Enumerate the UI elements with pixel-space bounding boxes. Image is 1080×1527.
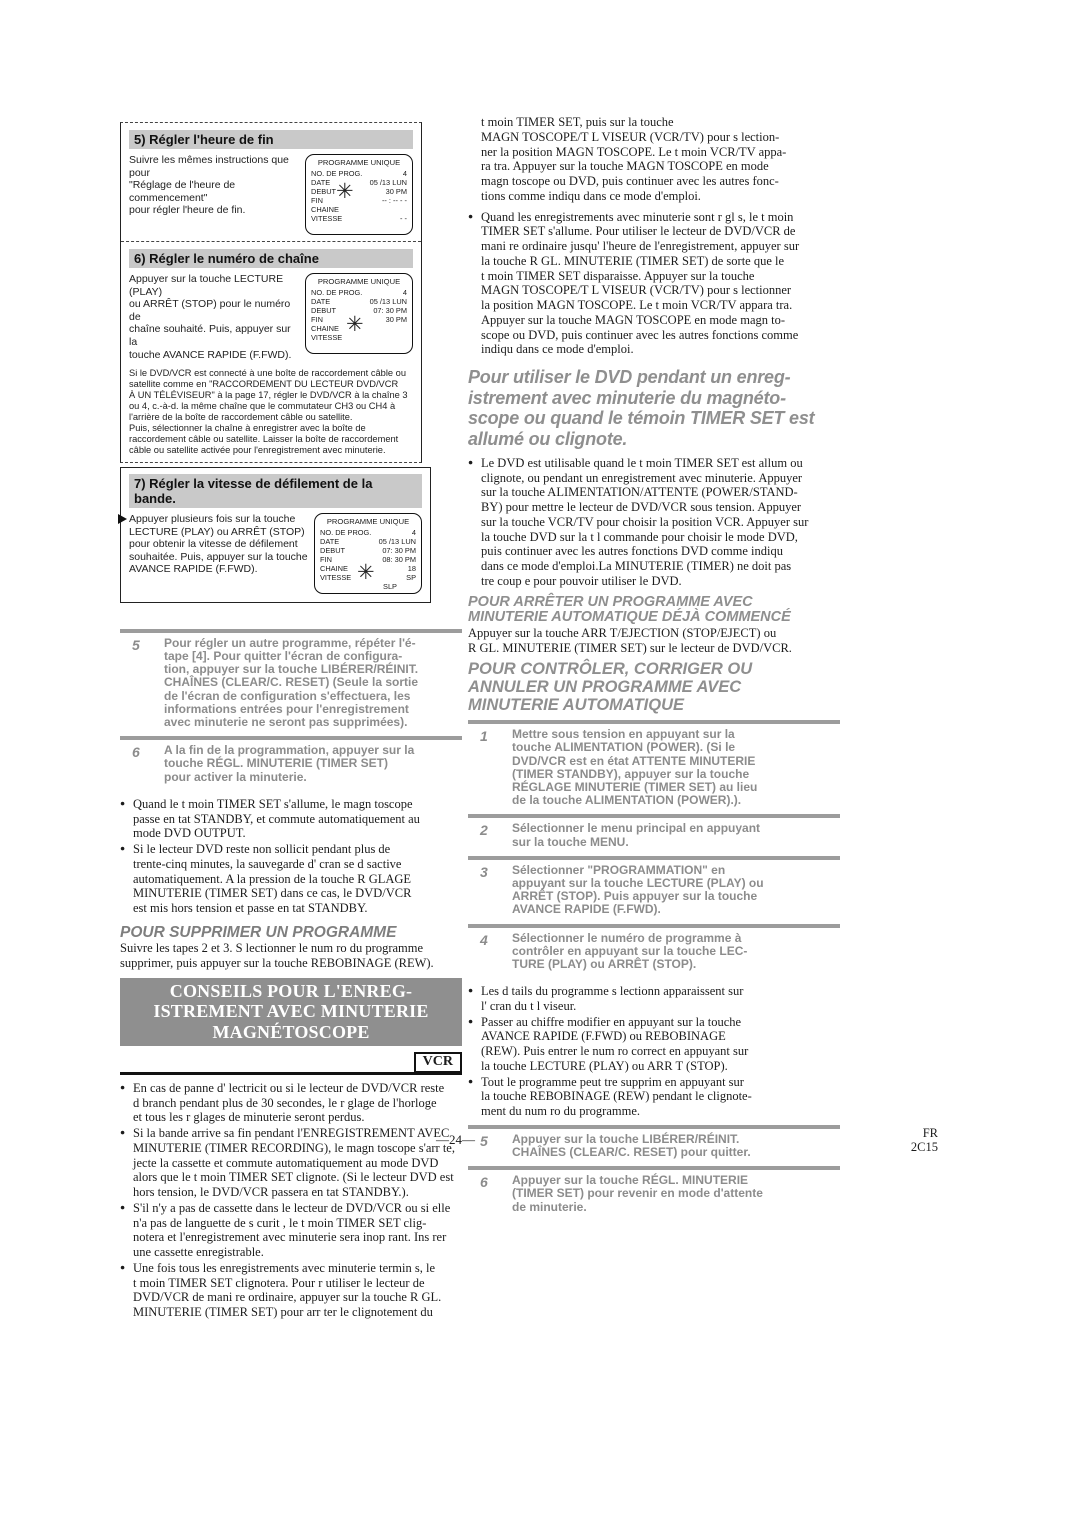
bullet-item: Si la bande arrive sa fin pendant l'ENRE… bbox=[120, 1126, 462, 1200]
numbered-step: 6 Appuyer sur la touche RÉGL. MINUTERIE … bbox=[468, 1166, 840, 1221]
continuation-paragraph: t moin TIMER SET, puis sur la touche MAG… bbox=[468, 115, 840, 204]
display-row-value: 07: 30 PM bbox=[373, 306, 407, 315]
section-6-note: Si le DVD/VCR est connecté à une boîte d… bbox=[129, 368, 413, 456]
right-steps-1-4: 1 Mettre sous tension en appuyant sur la… bbox=[468, 720, 840, 978]
step-number: 3 bbox=[468, 864, 512, 917]
divider-rule bbox=[120, 1072, 462, 1075]
step-number: 2 bbox=[468, 822, 512, 848]
numbered-step: 1 Mettre sous tension en appuyant sur la… bbox=[468, 720, 840, 814]
display-row: CHAINE bbox=[311, 205, 407, 214]
dvd-bullets: Le DVD est utilisable quand le t moin TI… bbox=[468, 456, 840, 589]
step-text: Sélectionner le numéro de programme à co… bbox=[512, 932, 747, 972]
display-row-value: - - bbox=[400, 214, 407, 223]
display-row-value: 30 PM bbox=[386, 315, 407, 324]
display-row-label: FIN bbox=[320, 555, 332, 564]
program-display-1: PROGRAMME UNIQUE NO. DE PROG. 4 DATE 05 … bbox=[305, 154, 413, 235]
display-row-label: DATE bbox=[311, 297, 330, 306]
display-row: CHAINE 18 bbox=[320, 564, 416, 573]
step-text: A la fin de la programmation, appuyer su… bbox=[164, 744, 414, 784]
bullet-text: Passer au chiffre modifier en appuyant s… bbox=[481, 1015, 748, 1073]
section-6: 6) Régler le numéro de chaîne Appuyer su… bbox=[121, 241, 421, 462]
display-row-label: DATE bbox=[311, 178, 330, 187]
supprimer-body: Suivre les tapes 2 et 3. S lectionner le… bbox=[120, 941, 462, 971]
display-row-value: SP bbox=[406, 573, 416, 582]
display-row-value: 4 bbox=[412, 528, 416, 537]
pointer-arrow-icon bbox=[118, 514, 127, 524]
left-column: 5) Régler l'heure de fin Suivre les même… bbox=[120, 122, 462, 1321]
bullet-item: Passer au chiffre modifier en appuyant s… bbox=[468, 1015, 840, 1074]
step-text: Sélectionner "PROGRAMMATION" en appuyant… bbox=[512, 864, 764, 917]
section-7-box: 7) Régler la vitesse de défilement de la… bbox=[120, 467, 431, 603]
bullet-item: Tout le programme peut tre supprim en ap… bbox=[468, 1075, 840, 1119]
display-row: FIN 08: 30 PM bbox=[320, 555, 416, 564]
display-row: DATE 05 /13 LUN bbox=[320, 537, 416, 546]
manual-page: 5) Régler l'heure de fin Suivre les même… bbox=[0, 0, 1080, 1527]
display-row: DEBUT 07: 30 PM bbox=[320, 546, 416, 555]
bullet-item: Le DVD est utilisable quand le t moin TI… bbox=[468, 456, 840, 589]
left-bullets: Quand le t moin TIMER SET s'allume, le m… bbox=[120, 797, 462, 916]
step-text: Mettre sous tension en appuyant sur la t… bbox=[512, 728, 757, 807]
display-rows: NO. DE PROG. 4 DATE 05 /13 LUN DEBUT 07:… bbox=[311, 288, 407, 342]
bullet-text: En cas de panne d' lectricit ou si le le… bbox=[133, 1081, 444, 1125]
bullet-text: Quand le t moin TIMER SET s'allume, le m… bbox=[133, 797, 420, 841]
display-row-label: DEBUT bbox=[311, 306, 336, 315]
arreter-heading: POUR ARRÊTER UN PROGRAMME AVEC MINUTERIE… bbox=[468, 595, 840, 627]
display-row-value: 18 bbox=[408, 564, 416, 573]
display-row-value: 30 PM bbox=[386, 187, 407, 196]
step-number: 5 bbox=[120, 637, 164, 729]
left-steps: 5 Pour régler un autre programme, répéte… bbox=[120, 629, 462, 791]
step-number: 1 bbox=[468, 728, 512, 807]
dvd-usage-heading: Pour utiliser le DVD pendant un enreg- i… bbox=[468, 367, 840, 450]
display-row-label: CHAINE bbox=[311, 324, 339, 333]
section-6-title: 6) Régler le numéro de chaîne bbox=[129, 249, 413, 268]
display-header: PROGRAMME UNIQUE bbox=[311, 158, 407, 167]
step-number: 6 bbox=[120, 744, 164, 784]
supprimer-heading: POUR SUPPRIMER UN PROGRAMME bbox=[120, 924, 462, 941]
display-row-label: DEBUT bbox=[320, 546, 345, 555]
numbered-step: 2 Sélectionner le menu principal en appu… bbox=[468, 814, 840, 855]
page-region-code: FR 2C15 bbox=[898, 1126, 938, 1155]
display-row-label: DATE bbox=[320, 537, 339, 546]
bullet-text: Tout le programme peut tre supprim en ap… bbox=[481, 1075, 752, 1119]
bullet-item: Si le lecteur DVD reste non sollicit pen… bbox=[120, 842, 462, 916]
display-rows: NO. DE PROG. 4 DATE 05 /13 LUN DEBUT 07:… bbox=[320, 528, 416, 582]
display-row: VITESSE SP bbox=[320, 573, 416, 582]
page-number: —24— bbox=[436, 1132, 475, 1148]
arreter-body: Appuyer sur la touche ARR T/EJECTION (ST… bbox=[468, 626, 840, 656]
bullet-item: S'il n'y a pas de cassette dans le lecte… bbox=[120, 1201, 462, 1260]
display-row: DEBUT 07: 30 PM bbox=[311, 306, 407, 315]
bullet-text: Si la bande arrive sa fin pendant l'ENRE… bbox=[133, 1126, 455, 1199]
display-row-value: 08: 30 PM bbox=[382, 555, 416, 564]
display-row: VITESSE bbox=[311, 333, 407, 342]
display-row-label: CHAINE bbox=[320, 564, 348, 573]
sections-5-6-box: 5) Régler l'heure de fin Suivre les même… bbox=[120, 122, 422, 463]
section-7-body: Appuyer plusieurs fois sur la touche LEC… bbox=[129, 513, 308, 576]
numbered-step: 5 Pour régler un autre programme, répéte… bbox=[120, 629, 462, 736]
numbered-step: 6 A la fin de la programmation, appuyer … bbox=[120, 736, 462, 791]
bullet-text: Si le lecteur DVD reste non sollicit pen… bbox=[133, 842, 411, 915]
right-column: t moin TIMER SET, puis sur la touche MAG… bbox=[468, 115, 840, 1221]
display-row: NO. DE PROG. 4 bbox=[311, 169, 407, 178]
display-row: DATE 05 /13 LUN bbox=[311, 178, 407, 187]
program-display-3: PROGRAMME UNIQUE NO. DE PROG. 4 DATE 05 … bbox=[314, 513, 422, 594]
display-row-value: -- : -- - - bbox=[382, 196, 407, 205]
mid-bullets: Les d tails du programme s lectionn appa… bbox=[468, 984, 840, 1119]
bullet-text: Quand les enregistrements avec minuterie… bbox=[481, 210, 799, 357]
right-steps-5-6: 5 Appuyer sur la touche LIBÉRER/RÉINIT. … bbox=[468, 1125, 840, 1221]
display-row-label: VITESSE bbox=[311, 333, 342, 342]
numbered-step: 3 Sélectionner "PROGRAMMATION" en appuya… bbox=[468, 856, 840, 924]
display-row: VITESSE - - bbox=[311, 214, 407, 223]
bullet-item: Quand le t moin TIMER SET s'allume, le m… bbox=[120, 797, 462, 841]
vcr-strip: VCR bbox=[120, 1048, 462, 1075]
step-number: 4 bbox=[468, 932, 512, 972]
step-number: 6 bbox=[468, 1174, 512, 1214]
section-7-title: 7) Régler la vitesse de défilement de la… bbox=[129, 474, 422, 508]
display-row-label: CHAINE bbox=[311, 205, 339, 214]
section-5-body: Suivre les mêmes instructions que pour "… bbox=[129, 154, 299, 217]
display-row: NO. DE PROG. 4 bbox=[311, 288, 407, 297]
display-row-label: NO. DE PROG. bbox=[311, 169, 362, 178]
bullet-item: Les d tails du programme s lectionn appa… bbox=[468, 984, 840, 1014]
display-row: FIN -- : -- - - bbox=[311, 196, 407, 205]
vcr-badge: VCR bbox=[414, 1052, 462, 1073]
bullet-item: Une fois tous les enregistrements avec m… bbox=[120, 1261, 462, 1320]
display-row-label: FIN bbox=[311, 315, 323, 324]
section-6-body: Appuyer sur la touche LECTURE (PLAY) ou … bbox=[129, 273, 299, 361]
display-header: PROGRAMME UNIQUE bbox=[311, 277, 407, 286]
conseils-title-banner: CONSEILS POUR L'ENREG- ISTREMENT AVEC MI… bbox=[120, 978, 462, 1045]
display-row-value: 4 bbox=[403, 288, 407, 297]
display-row-label: NO. DE PROG. bbox=[320, 528, 371, 537]
bullet-text: S'il n'y a pas de cassette dans le lecte… bbox=[133, 1201, 450, 1259]
display-row: CHAINE bbox=[311, 324, 407, 333]
bullet-item: Quand les enregistrements avec minuterie… bbox=[468, 210, 840, 358]
display-row-value: 07: 30 PM bbox=[382, 546, 416, 555]
step-text: Appuyer sur la touche RÉGL. MINUTERIE (T… bbox=[512, 1174, 763, 1214]
display-row: NO. DE PROG. 4 bbox=[320, 528, 416, 537]
section-5: 5) Régler l'heure de fin Suivre les même… bbox=[121, 123, 421, 241]
bullet-text: Les d tails du programme s lectionn appa… bbox=[481, 984, 743, 1013]
top-bullets: Quand les enregistrements avec minuterie… bbox=[468, 210, 840, 358]
display-row: DEBUT 30 PM bbox=[311, 187, 407, 196]
display-row-value: 4 bbox=[403, 169, 407, 178]
display-row-value: 05 /13 LUN bbox=[370, 178, 407, 187]
vcr-bullets: En cas de panne d' lectricit ou si le le… bbox=[120, 1081, 462, 1320]
bullet-text: Le DVD est utilisable quand le t moin TI… bbox=[481, 456, 808, 588]
step-text: Sélectionner le menu principal en appuya… bbox=[512, 822, 760, 848]
step-text: Appuyer sur la touche LIBÉRER/RÉINIT. CH… bbox=[512, 1133, 751, 1159]
program-display-2: PROGRAMME UNIQUE NO. DE PROG. 4 DATE 05 … bbox=[305, 273, 413, 354]
numbered-step: 4 Sélectionner le numéro de programme à … bbox=[468, 924, 840, 979]
display-header: PROGRAMME UNIQUE bbox=[320, 517, 416, 526]
section-5-title: 5) Régler l'heure de fin bbox=[129, 130, 413, 149]
display-row-label: FIN bbox=[311, 196, 323, 205]
display-row-label: DEBUT bbox=[311, 187, 336, 196]
display-row-value: 05 /13 LUN bbox=[370, 297, 407, 306]
display-rows: NO. DE PROG. 4 DATE 05 /13 LUN DEBUT 30 … bbox=[311, 169, 407, 223]
step-text: Pour régler un autre programme, répéter … bbox=[164, 637, 418, 729]
display-row-label: VITESSE bbox=[311, 214, 342, 223]
display-row: DATE 05 /13 LUN bbox=[311, 297, 407, 306]
numbered-step: 5 Appuyer sur la touche LIBÉRER/RÉINIT. … bbox=[468, 1125, 840, 1166]
controler-heading: POUR CONTRÔLER, CORRIGER OU ANNULER UN P… bbox=[468, 660, 840, 714]
display-row-label: VITESSE bbox=[320, 573, 351, 582]
display-row: FIN 30 PM bbox=[311, 315, 407, 324]
display-row-value: 05 /13 LUN bbox=[379, 537, 416, 546]
bullet-item: En cas de panne d' lectricit ou si le le… bbox=[120, 1081, 462, 1125]
bullet-text: Une fois tous les enregistrements avec m… bbox=[133, 1261, 441, 1319]
display-speed-slp: SLP bbox=[383, 582, 397, 591]
display-row-label: NO. DE PROG. bbox=[311, 288, 362, 297]
